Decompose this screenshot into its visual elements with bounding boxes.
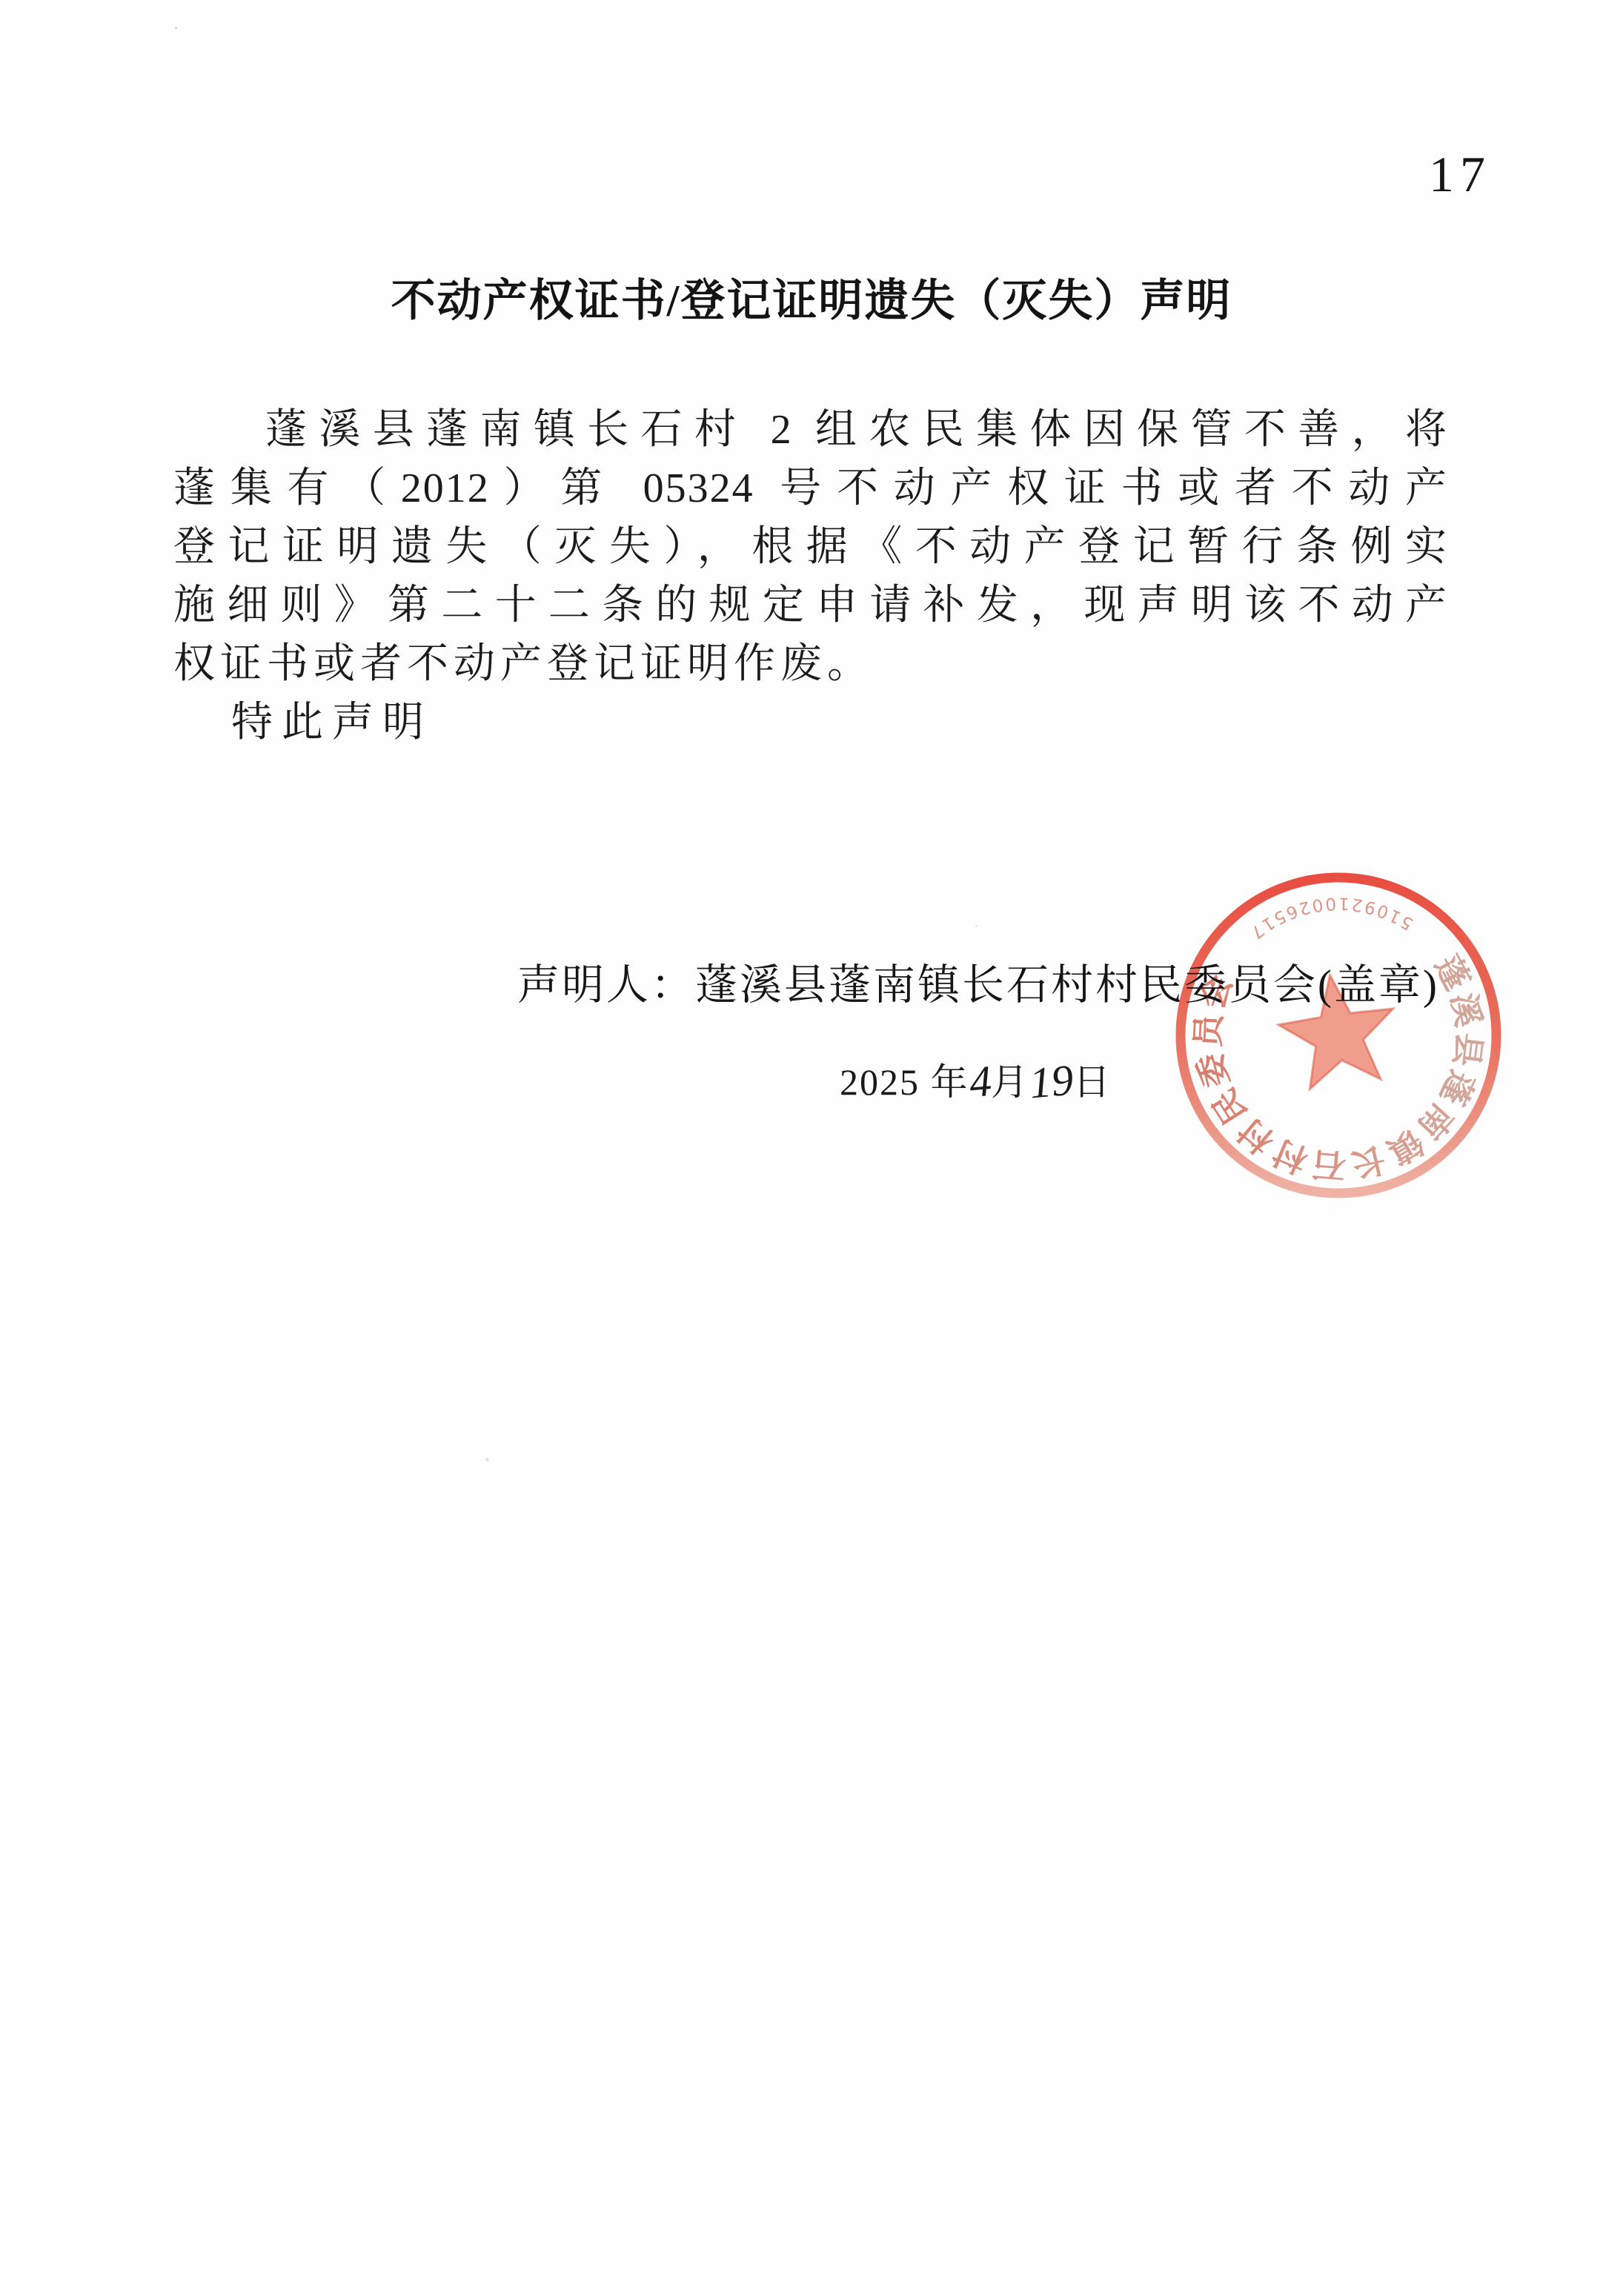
body-paragraph: 蓬溪县蓬南镇长石村 2 组农民集体因保管不善，将 蓬集有（2012）第 0532…: [173, 401, 1448, 752]
body-line: 权证书或者不动产登记证明作废。: [173, 635, 1448, 694]
date-year: 2025 年: [840, 1061, 969, 1103]
declarant-line: 声明人：蓬溪县蓬南镇长石村村民委员会(盖章): [517, 951, 1439, 1012]
closing-statement: 特此声明: [173, 694, 1448, 752]
date-line: 2025 年4月19日: [840, 1052, 1112, 1106]
body-line: 登记证明遗失（灭失），根据《不动产登记暂行条例实: [173, 518, 1448, 577]
official-seal: 蓬溪县蓬南镇长石村村民委员会 5109210026517: [1161, 857, 1516, 1213]
body-line: 施细则》第二十二条的规定申请补发，现声明该不动产: [173, 577, 1448, 635]
body-line: 蓬溪县蓬南镇长石村 2 组农民集体因保管不善，将: [173, 401, 1448, 459]
handwritten-day-digit: 19: [1027, 1055, 1075, 1109]
scanned-document-page: 17 不动产权证书/登记证明遗失（灭失）声明 蓬溪县蓬南镇长石村 2 组农民集体…: [0, 0, 1623, 2296]
body-line: 蓬集有（2012）第 05324 号不动产权证书或者不动产: [173, 459, 1448, 518]
date-day-label: 日: [1073, 1061, 1112, 1103]
document-title: 不动产权证书/登记证明遗失（灭失）声明: [0, 265, 1623, 329]
handwritten-month-digit: 4: [967, 1055, 993, 1108]
date-month-label: 月: [991, 1061, 1029, 1103]
page-number: 17: [1429, 145, 1510, 204]
